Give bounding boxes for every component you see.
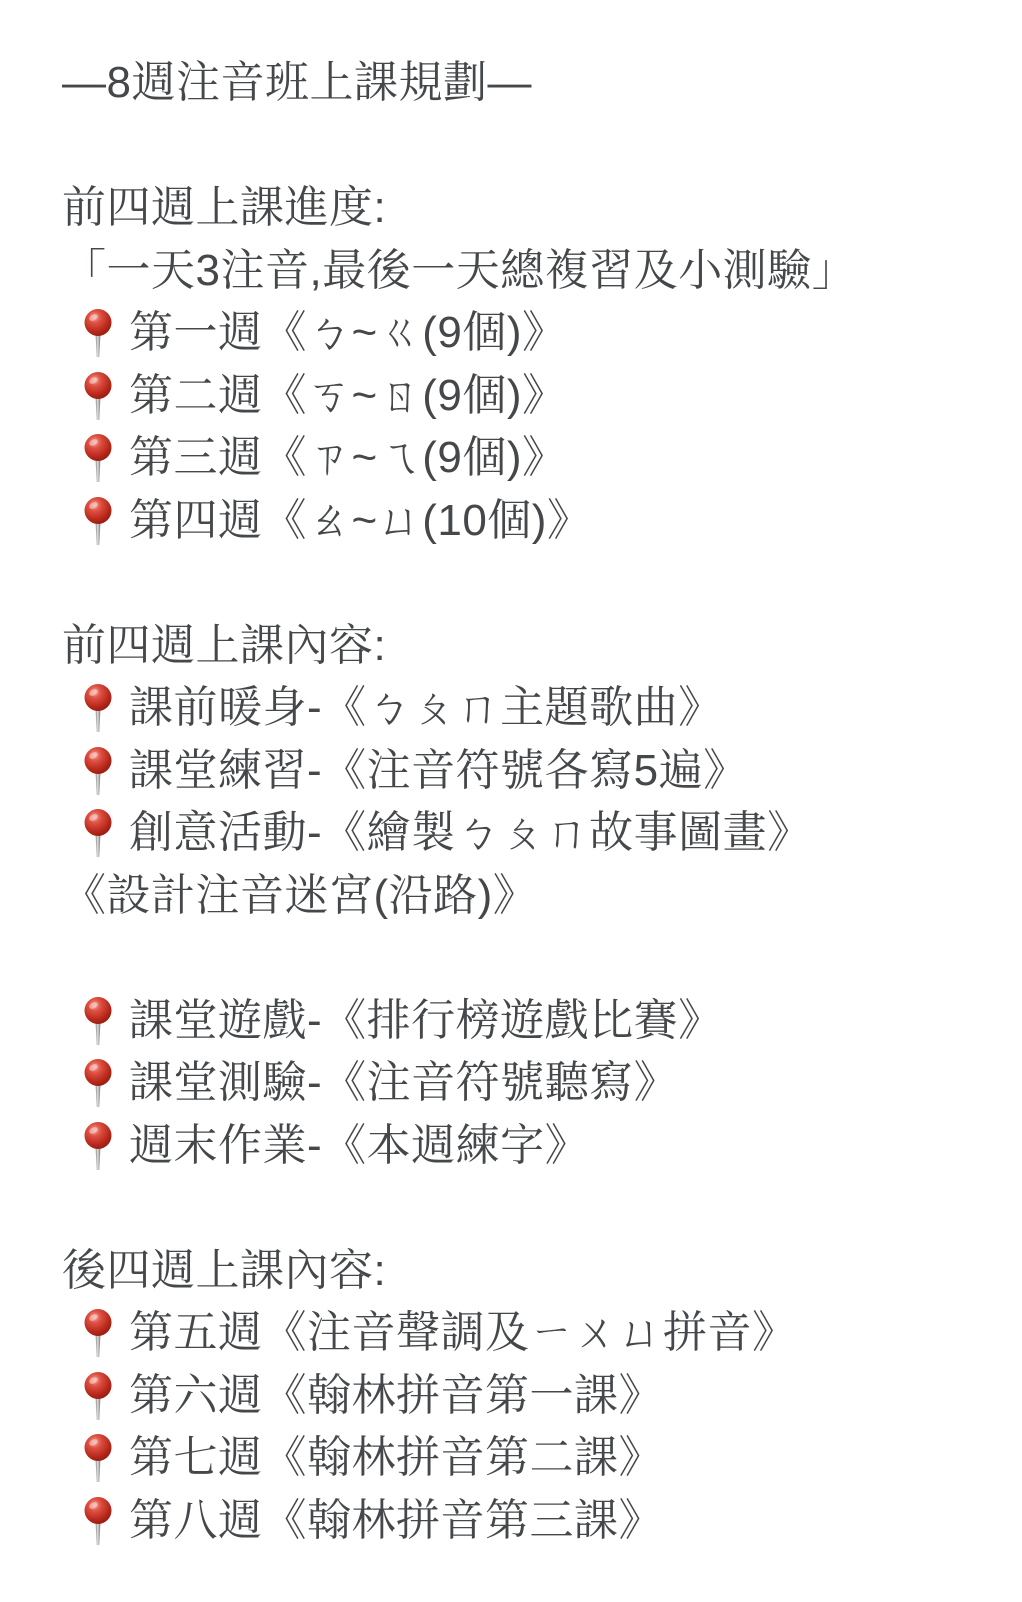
list-item-warmup: 課前暖身-《ㄅㄆㄇ主題歌曲》 xyxy=(62,677,982,740)
note-document: —8週注音班上課規劃— 前四週上課進度: 「一天3注音,最後一天總複習及小測驗」… xyxy=(0,0,1022,1552)
round-pushpin-icon xyxy=(83,1433,113,1483)
round-pushpin-icon xyxy=(83,1308,113,1358)
list-item-text: 課堂測驗-《注音符號聽寫》 xyxy=(129,1052,678,1115)
list-item-game: 課堂遊戲-《排行榜遊戲比賽》 xyxy=(62,990,982,1053)
list-item-week5: 第五週《注音聲調及ㄧㄨㄩ拼音》 xyxy=(62,1302,982,1365)
spacer xyxy=(62,1177,982,1240)
list-item-week1: 第一週《ㄅ~ㄍ(9個)》 xyxy=(62,302,982,365)
list-item-week3: 第三週《ㄗ~ㄟ(9個)》 xyxy=(62,427,982,490)
round-pushpin-icon xyxy=(83,683,113,733)
spacer xyxy=(62,927,982,990)
list-item-week2: 第二週《ㄎ~ㄖ(9個)》 xyxy=(62,365,982,428)
list-item-homework: 週末作業-《本週練字》 xyxy=(62,1115,982,1178)
round-pushpin-icon xyxy=(83,1058,113,1108)
list-item-text: 第七週《翰林拼音第二課》 xyxy=(129,1427,663,1490)
round-pushpin-icon xyxy=(83,496,113,546)
section-heading-content: 前四週上課內容: xyxy=(62,615,982,678)
list-item-text: 第二週《ㄎ~ㄖ(9個)》 xyxy=(129,365,566,428)
round-pushpin-icon xyxy=(83,746,113,796)
spacer xyxy=(62,552,982,615)
round-pushpin-icon xyxy=(83,371,113,421)
list-item-text: 課堂練習-《注音符號各寫5遍》 xyxy=(129,740,748,803)
round-pushpin-icon xyxy=(83,996,113,1046)
page-title: —8週注音班上課規劃— xyxy=(62,52,982,115)
section-heading-later-weeks: 後四週上課內容: xyxy=(62,1240,982,1303)
list-item-text: 第一週《ㄅ~ㄍ(9個)》 xyxy=(129,302,566,365)
round-pushpin-icon xyxy=(83,308,113,358)
list-item-quiz: 課堂測驗-《注音符號聽寫》 xyxy=(62,1052,982,1115)
list-item-text: 第六週《翰林拼音第一課》 xyxy=(129,1365,663,1428)
list-item-week8: 第八週《翰林拼音第三課》 xyxy=(62,1490,982,1553)
list-item-text: 創意活動-《繪製ㄅㄆㄇ故事圖畫》 xyxy=(129,802,812,865)
list-item-continuation: 《設計注音迷宮(沿路)》 xyxy=(62,865,982,928)
round-pushpin-icon xyxy=(83,433,113,483)
list-item-week4: 第四週《ㄠ~ㄩ(10個)》 xyxy=(62,490,982,553)
list-item-text: 週末作業-《本週練字》 xyxy=(129,1115,589,1178)
list-item-creative: 創意活動-《繪製ㄅㄆㄇ故事圖畫》 xyxy=(62,802,982,865)
list-item-text: 第八週《翰林拼音第三課》 xyxy=(129,1490,663,1553)
list-item-text: 第四週《ㄠ~ㄩ(10個)》 xyxy=(129,490,591,553)
round-pushpin-icon xyxy=(83,1371,113,1421)
spacer xyxy=(62,115,982,178)
round-pushpin-icon xyxy=(83,1496,113,1546)
list-item-text: 課前暖身-《ㄅㄆㄇ主題歌曲》 xyxy=(129,677,723,740)
list-item-text: 課堂遊戲-《排行榜遊戲比賽》 xyxy=(129,990,723,1053)
list-item-week7: 第七週《翰林拼音第二課》 xyxy=(62,1427,982,1490)
list-item-practice: 課堂練習-《注音符號各寫5遍》 xyxy=(62,740,982,803)
section-heading-progress: 前四週上課進度: xyxy=(62,177,982,240)
round-pushpin-icon xyxy=(83,808,113,858)
round-pushpin-icon xyxy=(83,1121,113,1171)
list-item-text: 第三週《ㄗ~ㄟ(9個)》 xyxy=(129,427,566,490)
list-item-week6: 第六週《翰林拼音第一課》 xyxy=(62,1365,982,1428)
section-intro-quote: 「一天3注音,最後一天總複習及小測驗」 xyxy=(62,240,982,303)
list-item-text: 第五週《注音聲調及ㄧㄨㄩ拼音》 xyxy=(129,1302,797,1365)
